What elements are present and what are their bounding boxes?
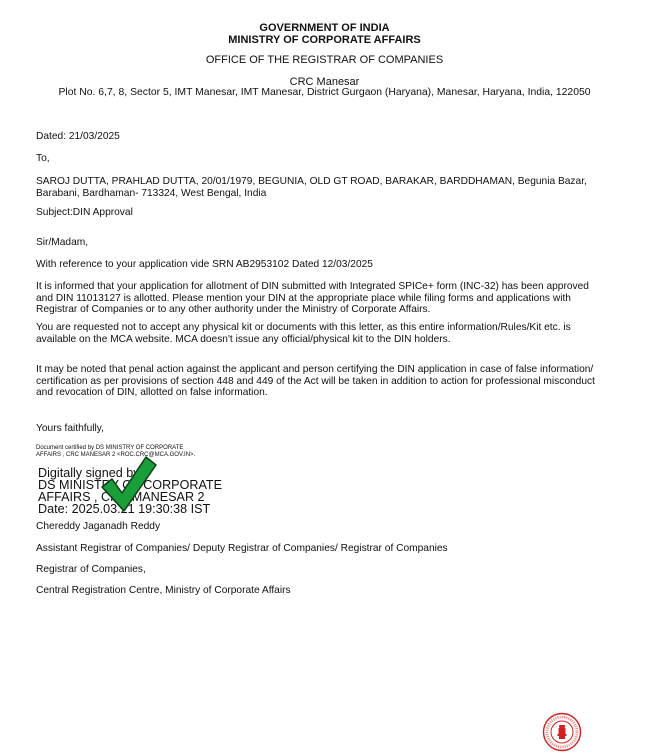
letter-closing: Yours faithfully,: [36, 423, 626, 435]
paragraph-line: and DIN 11013127 is allotted. Please men…: [36, 293, 626, 305]
paragraph-line: It may be noted that penal action agains…: [36, 364, 626, 376]
signatory-centre: Central Registration Centre, Ministry of…: [36, 585, 626, 597]
paragraph-physical-kit: You are requested not to accept any phys…: [36, 322, 626, 345]
paragraph-din-allotment: It is informed that your application for…: [36, 281, 626, 316]
header-office: OFFICE OF THE REGISTRAR OF COMPANIES: [0, 54, 649, 66]
addressee-line-1: SAROJ DUTTA, PRAHLAD DUTTA, 20/01/1979, …: [36, 176, 626, 188]
addressee: SAROJ DUTTA, PRAHLAD DUTTA, 20/01/1979, …: [36, 176, 626, 199]
signatory-name: Chereddy Jaganadh Reddy: [36, 521, 626, 533]
paragraph-line: It is informed that your application for…: [36, 281, 626, 293]
ashoka-emblem-seal-icon: [542, 712, 582, 752]
header-government: GOVERNMENT OF INDIA: [0, 22, 649, 34]
paragraph-line: Registrar of Companies or to any other a…: [36, 304, 626, 316]
signature-verified-check-icon: [96, 453, 158, 515]
paragraph-line: You are requested not to accept any phys…: [36, 322, 626, 334]
letter-to: To,: [36, 153, 626, 165]
signatory-designation: Assistant Registrar of Companies/ Deputy…: [36, 543, 626, 555]
letter-salutation: Sir/Madam,: [36, 237, 626, 249]
addressee-line-2: Barabani, Bardhaman- 713324, West Bengal…: [36, 188, 626, 200]
paragraph-line: available on the MCA website. MCA doesn'…: [36, 334, 626, 346]
header-ministry: MINISTRY OF CORPORATE AFFAIRS: [0, 34, 649, 46]
letter-reference: With reference to your application vide …: [36, 259, 626, 271]
header-address: Plot No. 6,7, 8, Sector 5, IMT Manesar, …: [0, 87, 649, 99]
signatory-office: Registrar of Companies,: [36, 564, 626, 576]
paragraph-line: certification as per provisions of secti…: [36, 376, 626, 388]
letter-date: Dated: 21/03/2025: [36, 131, 626, 143]
paragraph-line: and revocation of DIN, allotted on false…: [36, 387, 626, 399]
paragraph-penal-action: It may be noted that penal action agains…: [36, 364, 626, 399]
letter-subject: Subject:DIN Approval: [36, 207, 626, 219]
certification-line-1: Document certified by DS MINISTRY OF COR…: [36, 445, 195, 452]
